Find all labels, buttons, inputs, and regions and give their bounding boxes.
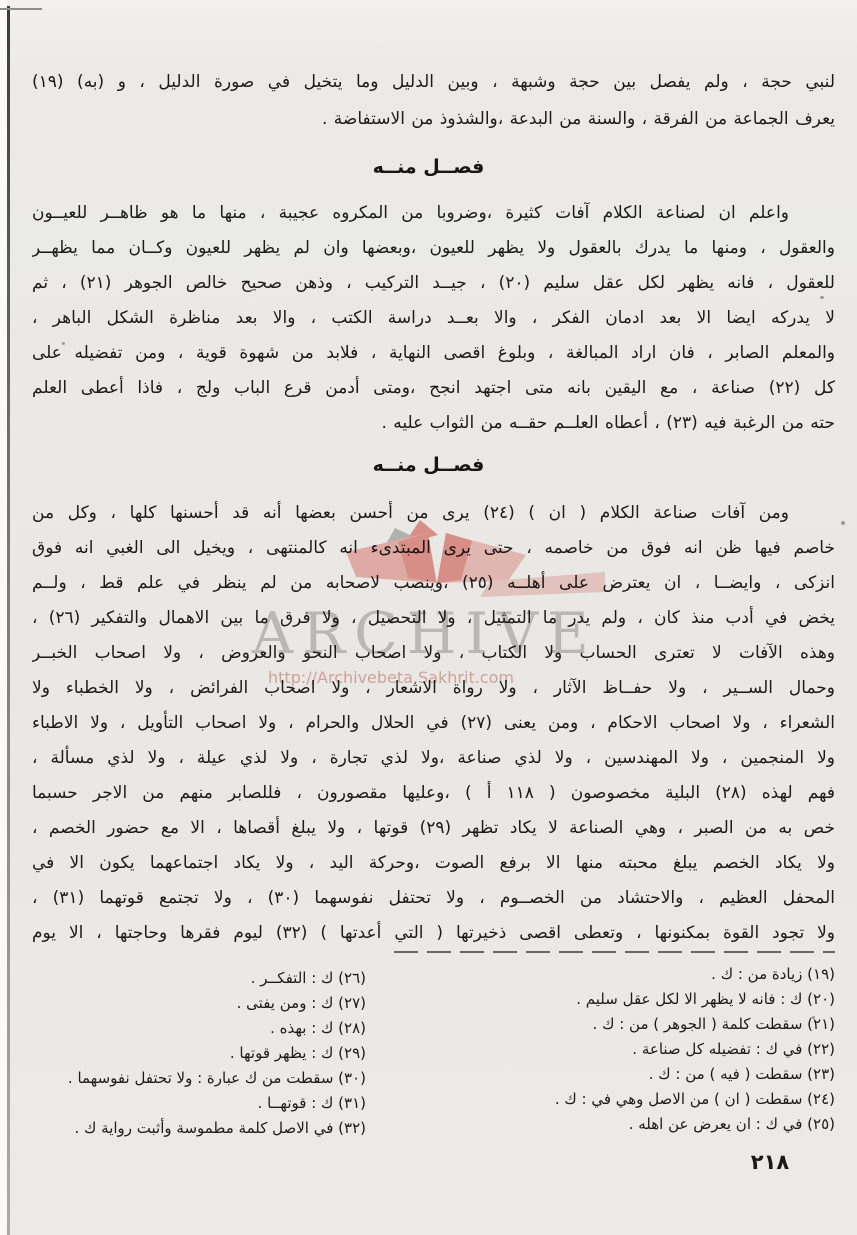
footnote: (٢٥) في ك : ان يعرض عن اهله . (423, 1112, 835, 1137)
body-text-line: لا يدركه ايضا الا بعد ادمان الفكر ، والا… (32, 301, 835, 336)
scan-noise-speck (841, 521, 845, 525)
footnote: (٢٨) ك : بهذه . (18, 1016, 366, 1041)
footnote: (١٩) زيادة من : ك . (423, 962, 835, 987)
footnote-separator (394, 951, 835, 953)
body-text-line: وحمال الســير ، ولا حفــاظ الآثار ، ولا … (32, 671, 835, 706)
body-text-line: فهم لهذه (٢٨) البلية مخصوصون ( ١١٨ أ ) ،… (32, 776, 835, 811)
body-text-line: انزكى ، وايضــا ، ان يعترض على أهلــه (٢… (32, 566, 835, 601)
footnote: (٢٩) ك : يظهر قوتها . (18, 1041, 366, 1066)
body-text-line: ولا تجود القوة بمكنونها ، وتعطى اقصى ذخي… (32, 916, 835, 951)
footnotes-right-column: (١٩) زيادة من : ك . (٢٠) ك : فانه لا يظه… (423, 962, 835, 1137)
footnote: (٢٣) سقطت ( فيه ) من : ك . (423, 1062, 835, 1087)
footnotes-left-column: (٢٦) ك : التفكــر . (٢٧) ك : ومن يفتى . … (18, 966, 366, 1141)
body-text-line: خاصم فيها ظن انه فوق من خاصمه ، حتى يرى … (32, 531, 835, 566)
scanned-book-page: لنبي حجة ، ولم يفصل بين حجة وشبهة ، وبين… (0, 0, 857, 1235)
footnote: (٢٤) سقطت ( ان ) من الاصل وهي في : ك . (423, 1087, 835, 1112)
body-text-line: كل (٢٢) صناعة ، مع اليقين بانه متى اجتهد… (32, 371, 835, 406)
footnote: (٣١) ك : قوتهــا . (18, 1091, 366, 1116)
body-text-line: وهذه الآفات لا تعترى الحساب ولا الكتاب ،… (32, 636, 835, 671)
body-text-line: حته من الرغبة فيه (٢٣) ، أعطاه العلــم ح… (32, 406, 835, 441)
body-text-line: واعلم ان لصناعة الكلام آفات كثيرة ،وضروب… (32, 196, 835, 231)
scan-edge-margin (0, 0, 7, 1235)
body-text-line: والعقول ، ومنها ما يدرك بالعقول ولا يظهر… (32, 231, 835, 266)
body-text-line: والمعلم الصابر ، فان اراد المبالغة ، وبل… (32, 336, 835, 371)
footnote: (٢٦) ك : التفكــر . (18, 966, 366, 991)
body-text-line: يعرف الجماعة من الفرقة ، والسنة من البدع… (32, 101, 835, 138)
body-text-line: خص به من الصبر ، وهي الصناعة لا يكاد تظه… (32, 811, 835, 846)
section-heading: فصــل منــه (0, 156, 857, 178)
footnote: (٢٢) في ك : تفضيله كل صناعة . (423, 1037, 835, 1062)
paragraph-section1: واعلم ان لصناعة الكلام آفات كثيرة ،وضروب… (32, 196, 835, 441)
page-number: ٢١٨ (742, 1150, 798, 1174)
scan-edge-shadow-line (7, 6, 10, 1235)
paragraph-section2: ومن آفات صناعة الكلام ( ان ) (٢٤) يرى من… (32, 496, 835, 951)
body-text-line: ولا المنجمين ، ولا المهندسين ، ولا لذي ص… (32, 741, 835, 776)
scan-corner-line (0, 8, 42, 10)
footnote: (٢٧) ك : ومن يفتى . (18, 991, 366, 1016)
footnote: (٣٢) في الاصل كلمة مطموسة وأثبت رواية ك … (18, 1116, 366, 1141)
footnote: (٢٠) ك : فانه لا يظهر الا لكل عقل سليم . (423, 987, 835, 1012)
footnote: (٢١) سقطت كلمة ( الجوهر ) من : ك . (423, 1012, 835, 1037)
section-heading: فصــل منــه (0, 454, 857, 476)
body-text-line: يخض في أدب منذ كان ، ولم يدر ما التمثيل … (32, 601, 835, 636)
body-text-line: للعقول ، فانه يظهر لكل عقل سليم (٢٠) ، ج… (32, 266, 835, 301)
body-text-line: ومن آفات صناعة الكلام ( ان ) (٢٤) يرى من… (32, 496, 835, 531)
body-text-line: ولا يكاد الخصم يبلغ محبته منها الا برفع … (32, 846, 835, 881)
body-text-line: لنبي حجة ، ولم يفصل بين حجة وشبهة ، وبين… (32, 64, 835, 101)
body-text-line: الشعراء ، ولا اصحاب الاحكام ، ومن يعنى (… (32, 706, 835, 741)
footnote: (٣٠) سقطت من ك عبارة : ولا تحتفل نفوسهما… (18, 1066, 366, 1091)
paragraph-continuation: لنبي حجة ، ولم يفصل بين حجة وشبهة ، وبين… (32, 64, 835, 138)
body-text-line: المحفل العظيم ، والاحتشاد من الخصــوم ، … (32, 881, 835, 916)
